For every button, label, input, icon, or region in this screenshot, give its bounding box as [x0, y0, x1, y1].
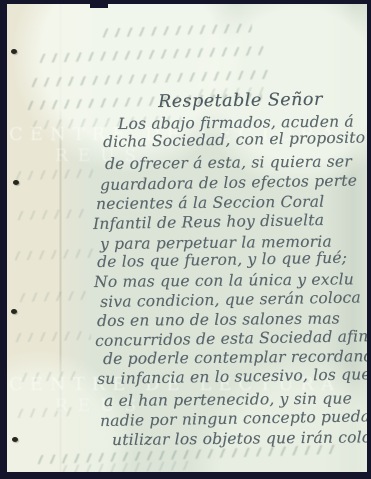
handwriting-line: de poderle contemplar recordando [103, 347, 367, 368]
handwriting-line: dicha Sociedad, con el proposito [103, 128, 365, 151]
binding-hole [12, 437, 18, 442]
letter-paper: CENTRE DE LECTURACENTRE DE LECTURA REUS … [7, 4, 367, 472]
handwriting-line: a el han pertenecido, y sin que [104, 389, 352, 410]
edge-notch [90, 0, 108, 8]
handwriting-line: Infantil de Reus hoy disuelta [93, 211, 324, 233]
handwriting-line: nadie por ningun concepto pueda [100, 407, 367, 430]
binding-hole [11, 309, 17, 314]
letter-body: Los abajo firmados, acuden ádicha Socied… [7, 4, 367, 472]
scanned-letter: CENTRE DE LECTURACENTRE DE LECTURA REUS … [0, 0, 371, 479]
handwriting-line: de ofrecer á esta, si quiera ser [105, 152, 352, 173]
handwriting-line: guardadora de los efectos perte [100, 172, 357, 194]
handwriting-line: su infancia en lo sucesivo, los que [97, 365, 367, 388]
handwriting-line: concurridos de esta Sociedad afin [95, 327, 367, 350]
binding-hole [11, 49, 17, 54]
handwriting-line: No mas que con la única y exclu [94, 270, 354, 291]
handwriting-line: dos en uno de los salones mas [97, 309, 340, 330]
handwriting-line: necientes á la Seccion Coral [96, 193, 324, 213]
binding-hole [13, 180, 19, 185]
handwriting-line: siva condicion, que serán coloca [100, 288, 361, 311]
handwriting-line: utilizar los objetos que irán colocados [112, 428, 367, 449]
handwriting-line: de los que fueron, y lo que fué; [97, 249, 347, 271]
